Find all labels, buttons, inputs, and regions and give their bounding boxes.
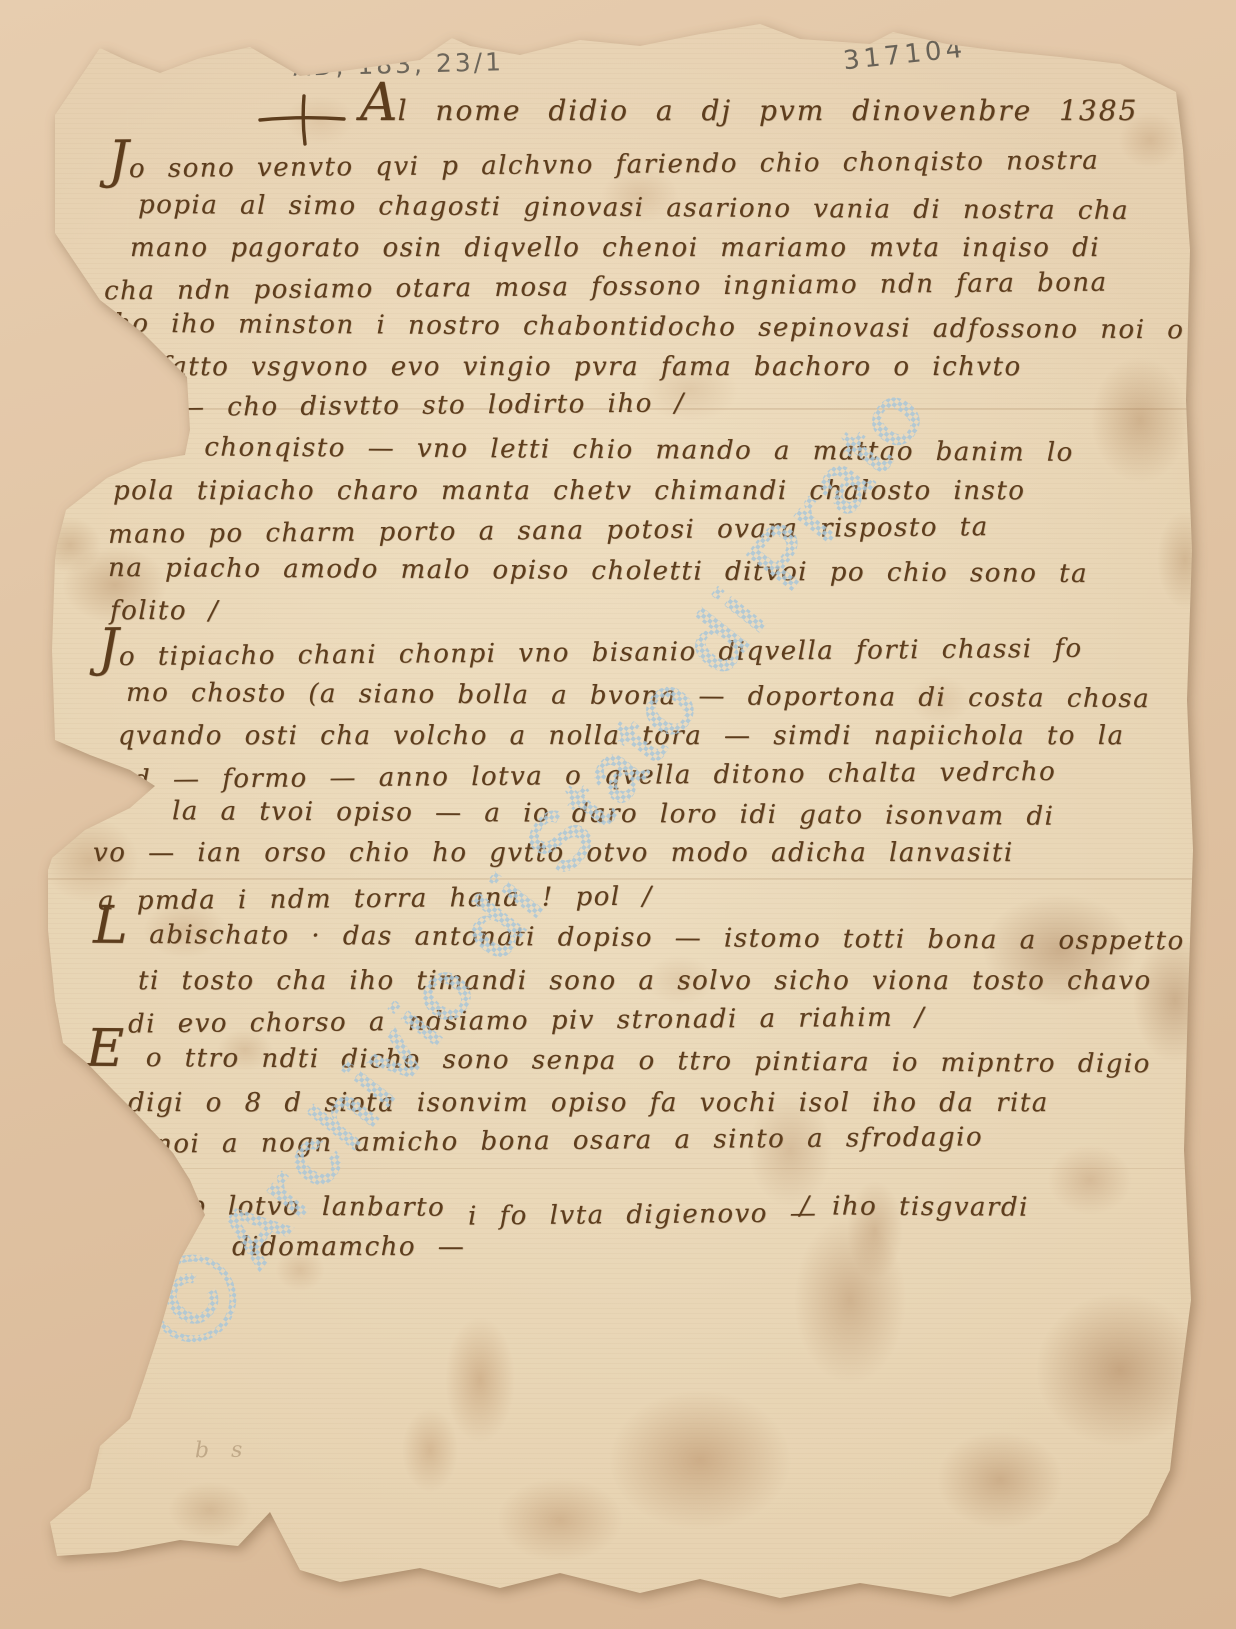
manuscript-line: L abischato · das antonati dopiso — isto… <box>93 920 1185 957</box>
faint-mark: Ad <box>58 1386 94 1415</box>
torn-paper: AD, 183, 23/1 317104 Al nome didio a dj … <box>0 0 1236 1629</box>
manuscript-line: na piacho amodo malo opiso choletti ditv… <box>108 553 1088 589</box>
manuscript-line: folito / <box>110 596 219 626</box>
manuscript-line: ti tosto cha iho timandi sono a solvo si… <box>138 966 1152 996</box>
stamp-number: 317104 <box>842 34 968 77</box>
cross-mark-icon <box>256 92 348 152</box>
archival-reference: AD, 183, 23/1 <box>293 47 505 82</box>
manuscript-line: E o ttro ndti dicho sono senpa o ttro pi… <box>86 1043 1151 1080</box>
faint-mark: b s <box>195 1438 244 1463</box>
closing-farewell: / iho tisgvardi <box>800 1191 1029 1222</box>
closing-place-note: i fo lvta digienovo — <box>468 1198 817 1231</box>
paper-sheet: AD, 183, 23/1 317104 Al nome didio a dj … <box>0 0 1236 1629</box>
manuscript-line: di evo chorso a ndsiamo piv stronadi a r… <box>128 1003 925 1040</box>
manuscript-scan: { "annotations": { "archival_reference":… <box>0 0 1236 1629</box>
manuscript-line: osto — cho disvtto sto lodirto iho / <box>95 388 685 423</box>
